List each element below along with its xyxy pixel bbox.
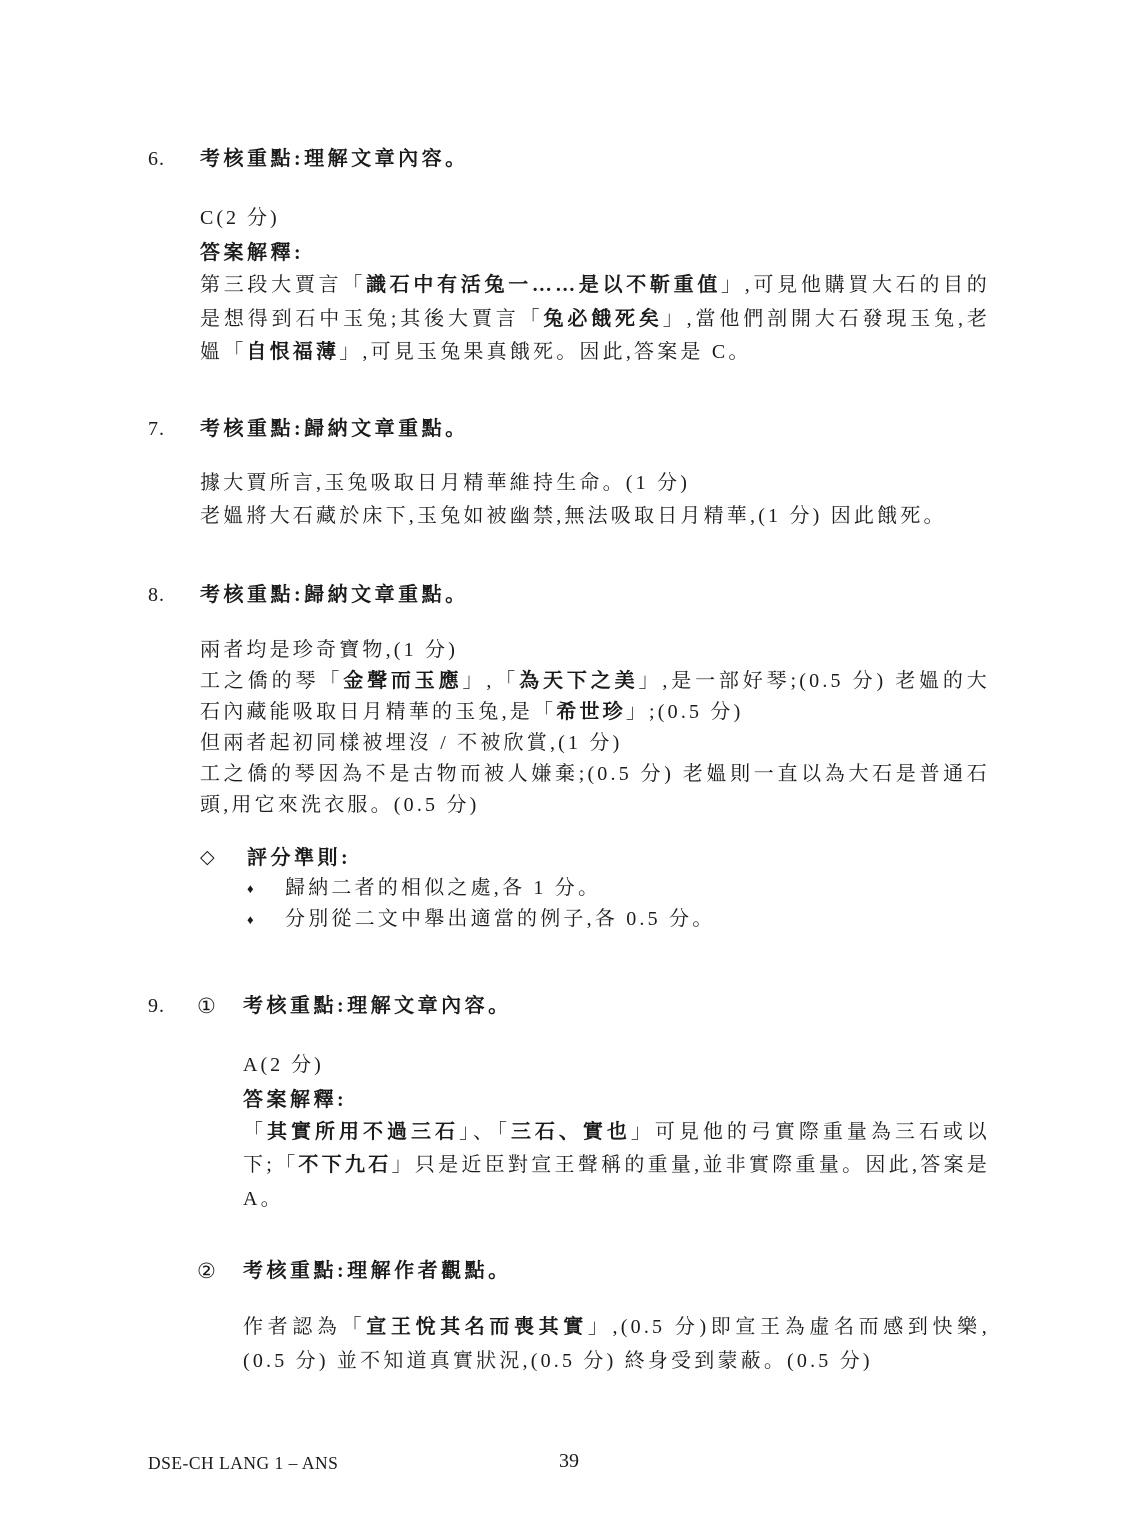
answer-point: 兩者均是珍奇寶物,(1 分): [200, 635, 990, 666]
criteria-item: ♦ 分別從二文中舉出適當的例子,各 0.5 分。: [247, 904, 990, 935]
circled-number-1: ①: [197, 993, 243, 1217]
explanation-label: 答案解釋:: [243, 1084, 990, 1116]
question-number: 9.: [148, 993, 197, 1379]
question-focus-heading: 考核重點:理解文章內容。: [243, 993, 990, 1020]
section-q7: 7. 考核重點:歸納文章重點。 據大賈所言,玉兔吸取日月精華維持生命。(1 分)…: [148, 416, 990, 534]
diamond-icon: ◇: [200, 843, 247, 873]
section-q8: 8. 考核重點:歸納文章重點。 兩者均是珍奇寶物,(1 分) 工之僑的琴「金聲而…: [148, 582, 990, 935]
question-focus-heading: 考核重點:歸納文章重點。: [200, 416, 990, 443]
marking-criteria: ◇ 評分準則: ♦ 歸納二者的相似之處,各 1 分。 ♦ 分別從二文中舉出適當的…: [200, 843, 990, 935]
explanation-paragraph: 「其實所用不過三石」、「三石、實也」可見他的弓實際重量為三石或以下;「不下九石」…: [243, 1116, 990, 1217]
criteria-text: 分別從二文中舉出適當的例子,各 0.5 分。: [285, 904, 715, 935]
criteria-text: 歸納二者的相似之處,各 1 分。: [285, 873, 601, 904]
question-number: 7.: [148, 416, 200, 534]
answer-line: A(2 分): [243, 1050, 990, 1080]
answer-point: 但兩者起初同樣被埋沒 / 不被欣賞,(1 分): [200, 728, 990, 759]
document-code: DSE-CH LANG 1 – ANS: [148, 1453, 338, 1474]
question-focus-heading: 考核重點:理解作者觀點。: [243, 1258, 990, 1285]
explanation-paragraph: 作者認為「宣王悅其名而喪其實」,(0.5 分)即宣王為虛名而感到快樂,(0.5 …: [243, 1311, 990, 1378]
answer-line: C(2 分): [200, 203, 990, 233]
page-footer: DSE-CH LANG 1 – ANS 39: [148, 1450, 990, 1480]
subquestion-1: ① 考核重點:理解文章內容。 A(2 分) 答案解釋: 「其實所用不過三石」、「…: [197, 993, 990, 1217]
answer-point: 據大賈所言,玉兔吸取日月精華維持生命。(1 分): [200, 467, 990, 501]
question-number: 8.: [148, 582, 200, 935]
section-q6: 6. 考核重點:理解文章內容。 C(2 分) 答案解釋: 第三段大賈言「識石中有…: [148, 146, 990, 370]
diamond-bullet-icon: ♦: [247, 873, 285, 904]
circled-number-2: ②: [197, 1258, 243, 1378]
page-content: 6. 考核重點:理解文章內容。 C(2 分) 答案解釋: 第三段大賈言「識石中有…: [148, 146, 990, 1378]
diamond-bullet-icon: ♦: [247, 904, 285, 935]
question-focus-heading: 考核重點:歸納文章重點。: [200, 582, 990, 609]
answer-point: 老媼將大石藏於床下,玉兔如被幽禁,無法吸取日月精華,(1 分) 因此餓死。: [200, 500, 990, 534]
explanation-label: 答案解釋:: [200, 237, 990, 269]
answer-key-page: 6. 考核重點:理解文章內容。 C(2 分) 答案解釋: 第三段大賈言「識石中有…: [0, 0, 1125, 1538]
subquestion-2: ② 考核重點:理解作者觀點。 作者認為「宣王悅其名而喪其實」,(0.5 分)即宣…: [197, 1258, 990, 1378]
explanation-paragraph: 第三段大賈言「識石中有活兔一……是以不靳重值」,可見他購買大石的目的是想得到石中…: [200, 269, 990, 370]
question-number: 6.: [148, 146, 200, 370]
section-q9: 9. ① 考核重點:理解文章內容。 A(2 分) 答案解釋: 「其實所用不過三石…: [148, 993, 990, 1379]
marking-criteria-label: 評分準則:: [247, 843, 351, 873]
criteria-item: ♦ 歸納二者的相似之處,各 1 分。: [247, 873, 990, 904]
question-focus-heading: 考核重點:理解文章內容。: [200, 146, 990, 173]
answer-point: 工之僑的琴「金聲而玉應」,「為天下之美」,是一部好琴;(0.5 分) 老媼的大石…: [200, 666, 990, 728]
page-number: 39: [559, 1450, 579, 1473]
answer-point: 工之僑的琴因為不是古物而被人嫌棄;(0.5 分) 老媼則一直以為大石是普通石頭,…: [200, 759, 990, 821]
